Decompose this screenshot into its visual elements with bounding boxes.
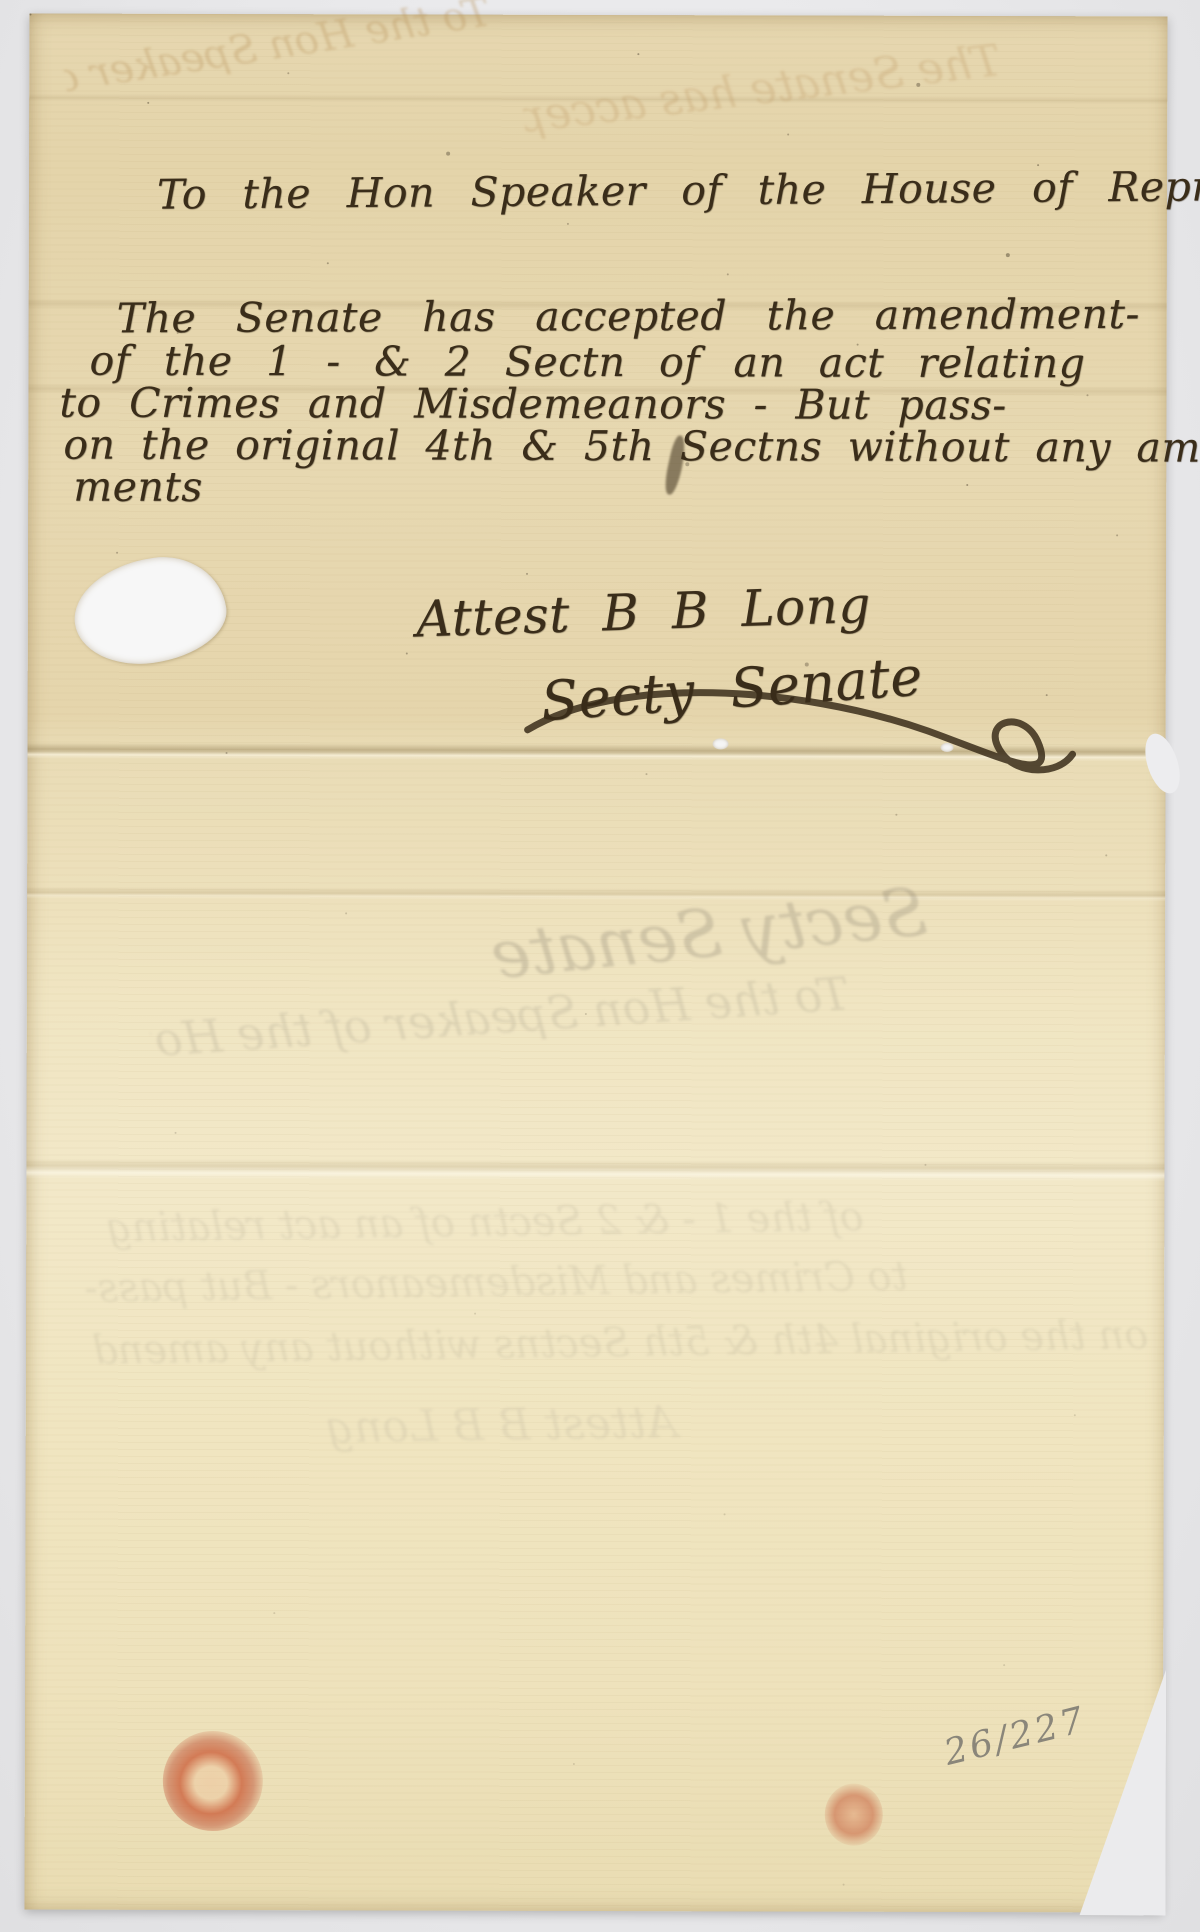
foxing-specks <box>29 14 31 16</box>
attestation-line: Attest B B Long <box>415 576 872 649</box>
fold-hole <box>713 738 729 749</box>
signature-title-line: Secty Senate <box>539 645 925 734</box>
archival-number: 26/227 <box>940 1699 1090 1773</box>
salutation-line: To the Hon Speaker of the House of Repre… <box>157 160 1200 218</box>
bleedthrough-text: The Senate has accepted the amendment- <box>521 35 1004 143</box>
paper-sheet: To the Hon Speaker of the House of Repre… <box>25 14 1168 1913</box>
small-stain <box>825 1784 883 1846</box>
body-text-line: ments <box>73 463 203 511</box>
bleedthrough-text: on the original 4th & 5th Sectns without… <box>92 1312 1149 1374</box>
torn-corner <box>1080 1669 1167 1915</box>
body-text-line: on the original 4th & 5th Sectns without… <box>63 421 1200 472</box>
edge-tear <box>1139 729 1187 797</box>
paper-hole <box>68 549 233 673</box>
bleedthrough-text: Secty Senate <box>487 873 930 994</box>
scanned-document: To the Hon Speaker of the House of Repre… <box>0 0 1200 1932</box>
bleedthrough-text: To the Hon Speaker of the House of Repre… <box>61 0 493 101</box>
fold-crease <box>26 1159 1164 1182</box>
bleedthrough-text: Attest B B Long <box>325 1397 677 1453</box>
fold-crease <box>27 887 1165 902</box>
bleedthrough-text: to Crimes and Misdemeanors - But pass- <box>84 1254 908 1312</box>
wax-stain <box>163 1731 263 1831</box>
bleedthrough-text: To the Hon Speaker of the House of Repre… <box>149 966 851 1067</box>
fold-crease-main <box>28 743 1166 762</box>
bleedthrough-text: of the 1 - & 2 Sectn of an act relating <box>106 1194 864 1251</box>
fold-hole <box>941 743 954 752</box>
fold-crease <box>29 94 1167 105</box>
body-text-line: The Senate has accepted the amendment- <box>117 290 1140 342</box>
